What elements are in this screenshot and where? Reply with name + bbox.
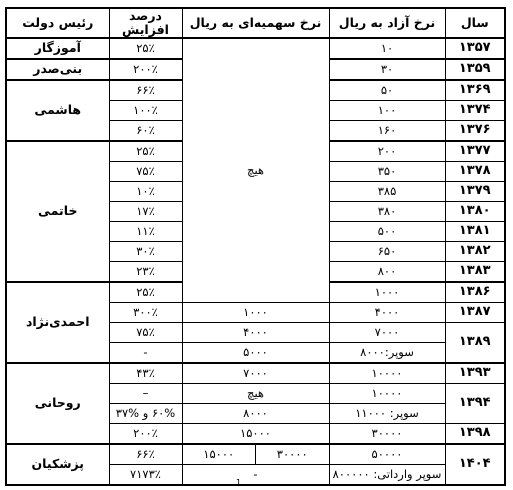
free-rate-cell: ۳۸۵: [329, 181, 445, 201]
exchange-rate-table: سال نرخ آزاد به ریال نرخ سهمیه‌ای به ریا…: [5, 7, 506, 486]
year-cell: ۱۳۸۳: [445, 261, 505, 282]
col-header-president: رئیس دولت: [6, 8, 109, 38]
president-cell: هاشمی: [6, 80, 109, 141]
footnote-marker: 1: [236, 479, 241, 487]
year-cell: ۱۳۷۷: [445, 141, 505, 162]
quota-none-merged-cell: هیچ: [182, 38, 329, 303]
free-rate-cell: سوپر وارداتی: ۸۰۰۰۰۰: [329, 464, 445, 485]
free-rate-cell: ۷۰۰۰: [329, 322, 445, 342]
increase-part: و: [143, 406, 149, 420]
quota-sub-cell-right: ۳۰۰۰۰: [255, 445, 329, 464]
free-rate-cell: سوپر: ۱۱۰۰۰: [329, 403, 445, 423]
year-cell: ۱۳۵۹: [445, 59, 505, 80]
increase-cell: ۲۰۰٪: [109, 423, 182, 444]
quota-rate-cell: -: [182, 464, 329, 485]
year-cell: ۱۳۸۶: [445, 282, 505, 303]
free-rate-cell: ۸۰۰: [329, 261, 445, 282]
president-cell: بنی‌صدر: [6, 59, 109, 80]
increase-part: ۳۷%: [116, 406, 139, 420]
president-cell: آموزگار: [6, 38, 109, 59]
free-rate-cell: ۳۰: [329, 59, 445, 80]
year-cell: ۱۳۸۱: [445, 221, 505, 241]
table-row: ۱۳۵۷ ۱۰ هیچ ۲۵٪ آموزگار: [6, 38, 505, 59]
year-cell: ۱۳۸۷: [445, 302, 505, 322]
quota-rate-cell: هیچ: [182, 383, 329, 403]
free-rate-cell: ۴۰۰۰: [329, 302, 445, 322]
free-rate-cell: ۶۵۰: [329, 241, 445, 261]
increase-cell: ۲۵٪: [109, 38, 182, 59]
increase-cell: ۲۳٪: [109, 261, 182, 282]
increase-cell: ۳۰٪: [109, 241, 182, 261]
quota-split-cell: ۳۰۰۰۰ ۱۵۰۰۰: [182, 444, 329, 465]
year-cell: ۱۳۸۹: [445, 322, 505, 363]
free-rate-cell: ۱۰۰۰۰: [329, 363, 445, 384]
increase-cell: ۲۵٪: [109, 282, 182, 303]
increase-cell: ۲۰۰٪: [109, 59, 182, 80]
increase-cell: ۷۵٪: [109, 161, 182, 181]
increase-cell: ۶۶٪: [109, 80, 182, 101]
increase-cell: ۶۰٪: [109, 120, 182, 141]
quota-rate-cell: ۷۰۰۰: [182, 363, 329, 384]
increase-cell: ۳۰۰٪: [109, 302, 182, 322]
quota-rate-cell: ۱۵۰۰۰: [182, 423, 329, 444]
free-rate-cell: ۵۰۰: [329, 221, 445, 241]
col-header-increase: درصد افزایش: [109, 8, 182, 38]
year-cell: ۱۳۵۷: [445, 38, 505, 59]
free-rate-cell: ۱۶۰: [329, 120, 445, 141]
year-cell: ۱۳۹۴: [445, 383, 505, 423]
page: سال نرخ آزاد به ریال نرخ سهمیه‌ای به ریا…: [0, 0, 513, 490]
year-cell: ۱۳۸۲: [445, 241, 505, 261]
increase-cell: ۶۶٪: [109, 444, 182, 465]
increase-cell: ۱۰٪: [109, 181, 182, 201]
year-cell: ۱۳۸۰: [445, 201, 505, 221]
free-rate-cell: ۳۸۰: [329, 201, 445, 221]
table-row: ۱۳۹۳ ۱۰۰۰۰ ۷۰۰۰ ۴۳٪ روحانی: [6, 363, 505, 384]
increase-cell: ۱۱٪: [109, 221, 182, 241]
increase-cell: ۲۵٪: [109, 141, 182, 162]
quota-rate-cell: ۵۰۰۰: [182, 342, 329, 363]
president-cell: روحانی: [6, 363, 109, 444]
increase-cell: ۷۵٪: [109, 322, 182, 342]
quota-rate-cell: ۴۰۰۰: [182, 322, 329, 342]
free-rate-cell: ۵۰: [329, 80, 445, 101]
free-rate-cell: ۱۰۰۰: [329, 282, 445, 303]
increase-cell: ۴۳٪: [109, 363, 182, 384]
quota-split-wrap: ۳۰۰۰۰ ۱۵۰۰۰: [183, 445, 329, 464]
year-cell: ۱۳۷۴: [445, 100, 505, 120]
free-rate-cell: سوپر:۸۰۰۰: [329, 342, 445, 363]
year-cell: ۱۳۹۳: [445, 363, 505, 384]
quota-rate-cell: ۸۰۰۰: [182, 403, 329, 423]
year-cell: ۱۳۹۸: [445, 423, 505, 444]
president-cell: پزشکیان: [6, 444, 109, 485]
free-rate-cell: ۵۰۰۰۰: [329, 444, 445, 465]
year-cell: ۱۳۷۹: [445, 181, 505, 201]
president-cell: خاتمی: [6, 141, 109, 282]
year-cell: ۱۳۶۹: [445, 80, 505, 101]
col-header-quota-rate: نرخ سهمیه‌ای به ریال: [182, 8, 329, 38]
free-rate-cell: ۱۰۰: [329, 100, 445, 120]
free-rate-cell: ۱۰: [329, 38, 445, 59]
quota-sub-cell-left: ۱۵۰۰۰: [183, 445, 256, 464]
quota-rate-cell: ۱۰۰۰: [182, 302, 329, 322]
free-rate-cell: ۱۰۰۰۰: [329, 383, 445, 403]
increase-cell: ۳۷% و ۶۰%: [109, 403, 182, 423]
header-row: سال نرخ آزاد به ریال نرخ سهمیه‌ای به ریا…: [6, 8, 505, 38]
col-header-free-rate: نرخ آزاد به ریال: [329, 8, 445, 38]
col-header-year: سال: [445, 8, 505, 38]
increase-cell: ۱۷٪: [109, 201, 182, 221]
increase-cell: ۷۱۷۳٪: [109, 464, 182, 485]
year-cell: ۱۴۰۴: [445, 444, 505, 485]
free-rate-cell: ۳۵۰: [329, 161, 445, 181]
increase-cell: -: [109, 342, 182, 363]
year-cell: ۱۳۷۸: [445, 161, 505, 181]
free-rate-cell: ۲۰۰: [329, 141, 445, 162]
president-cell: احمدی‌نژاد: [6, 282, 109, 363]
free-rate-cell: ۳۰۰۰۰: [329, 423, 445, 444]
table-row: ۱۴۰۴ ۵۰۰۰۰ ۳۰۰۰۰ ۱۵۰۰۰ ۶۶٪ پزشکیان: [6, 444, 505, 465]
increase-cell: ۱۰۰٪: [109, 100, 182, 120]
increase-cell: –: [109, 383, 182, 403]
year-cell: ۱۳۷۶: [445, 120, 505, 141]
increase-part: ۶۰%: [152, 406, 175, 420]
